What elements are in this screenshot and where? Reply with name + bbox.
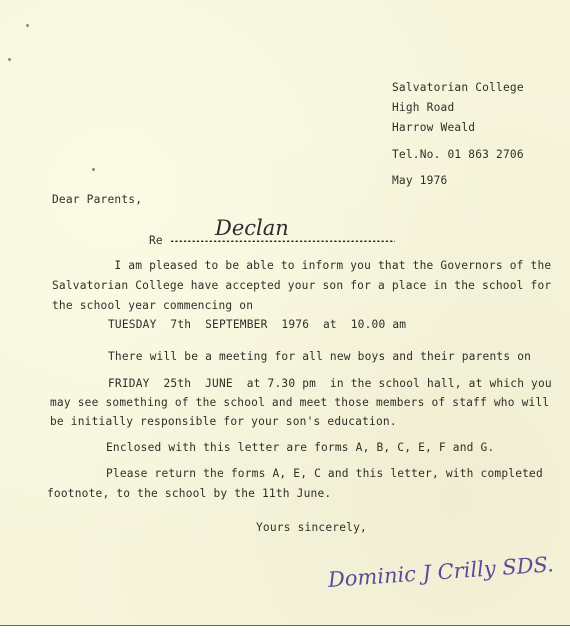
closing: Yours sincerely, (256, 521, 367, 534)
paper-speck (92, 168, 95, 171)
re-label: Re (149, 234, 163, 247)
return-instructions-line1: Please return the forms A, E, C and this… (106, 467, 543, 480)
paragraph2-line4: be initially responsible for your son's … (50, 415, 397, 428)
paragraph2-line1: There will be a meeting for all new boys… (108, 350, 531, 363)
telephone-number: Tel.No. 01 863 2706 (392, 148, 524, 161)
letter-date: May 1976 (392, 174, 447, 187)
signature: Dominic J Crilly SDS. (327, 552, 554, 592)
letter-paper: Salvatorian College High Road Harrow Wea… (0, 0, 570, 626)
address-line-town: Harrow Weald (392, 121, 475, 134)
return-instructions-line2: footnote, to the school by the 11th June… (47, 487, 331, 500)
salutation: Dear Parents, (52, 193, 142, 206)
paper-speck (529, 474, 532, 477)
enclosed-forms: Enclosed with this letter are forms A, B… (106, 441, 494, 454)
paragraph1-line2: Salvatorian College have accepted your s… (52, 279, 551, 292)
paragraph2-line3: may see something of the school and meet… (50, 396, 549, 409)
paper-speck (26, 24, 29, 27)
handwritten-student-name: Declan (215, 216, 289, 240)
re-dotted-line (170, 240, 395, 242)
paper-speck (8, 58, 11, 61)
paragraph1-line3: the school year commencing on (52, 299, 253, 312)
term-start-date: TUESDAY 7th SEPTEMBER 1976 at 10.00 am (108, 318, 406, 331)
address-line-road: High Road (392, 101, 454, 114)
meeting-details: FRIDAY 25th JUNE at 7.30 pm in the schoo… (108, 377, 552, 390)
paragraph1-line1: I am pleased to be able to inform you th… (52, 259, 551, 272)
address-line-college: Salvatorian College (392, 81, 524, 94)
